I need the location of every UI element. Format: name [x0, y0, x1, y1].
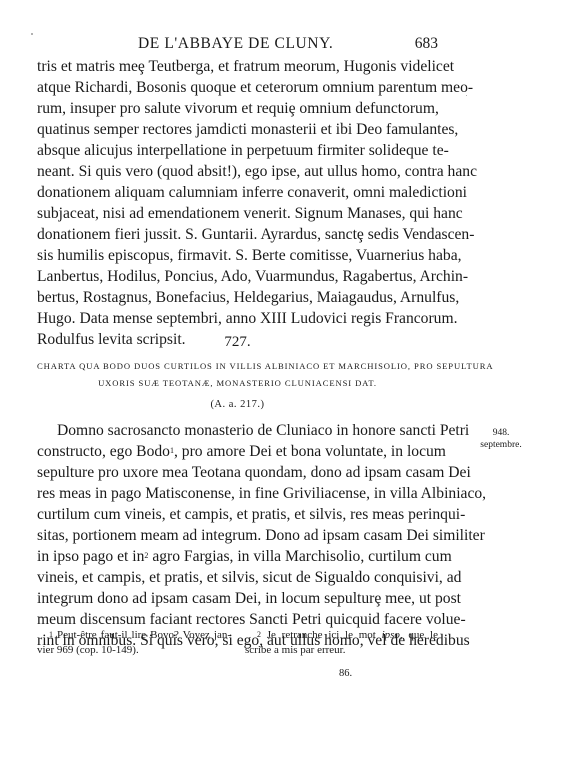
text-line: in ipso pago et in2 agro Fargias, in vil… — [37, 546, 438, 567]
text-line: meum discensum faciant rectores Sancti P… — [37, 609, 438, 630]
text-line: quatinus semper rectores jamdicti monast… — [37, 119, 438, 140]
text-line: Domno sacrosancto monasterio de Cluniaco… — [37, 420, 438, 441]
text-line: rum, insuper pro salute vivorum et requi… — [37, 98, 438, 119]
text-line: donationem fieri jussit. S. Guntarii. Ay… — [37, 224, 438, 245]
footnote-line: vier 969 (cop. 10-149). — [37, 643, 231, 658]
margin-date: 948. septembre. — [466, 427, 536, 451]
text-segment: constructo, ego Bodo — [37, 443, 170, 460]
scan-speck — [31, 33, 33, 35]
running-title: DE L'ABBAYE DE CLUNY. — [138, 35, 333, 53]
signature-mark: 86. — [339, 668, 352, 679]
text-line: sepulture pro uxore mea Teotana quondam,… — [37, 462, 438, 483]
text-line: tris et matris meȩ Teutberga, et fratrum… — [37, 56, 438, 77]
text-line: sis humilis episcopus, firmavit. S. Bert… — [37, 245, 438, 266]
footnote-line: 2 Je retranche ici le mot ipso, que le — [245, 628, 438, 643]
text-line: atque Richardi, Bosonis quoque et cetero… — [37, 77, 438, 98]
text-segment: , pro amore Dei et bona voluntate, in lo… — [174, 443, 446, 460]
text-line: sitas, portionem meam ad integrum. Dono … — [37, 525, 438, 546]
charter-number: 727. — [0, 334, 475, 351]
footnote-text: Je retranche ici le mot — [267, 629, 382, 641]
rubric-line: UXORIS SUÆ TEOTANÆ, MONASTERIO CLUNIACEN… — [37, 378, 438, 388]
charter-body: Domno sacrosancto monasterio de Cluniaco… — [37, 420, 438, 651]
footnote-italic: ipso — [382, 629, 400, 641]
charter-rubric: CHARTA QUA BODO DUOS CURTILOS IN VILLIS … — [37, 361, 438, 395]
footnote-marker: 2 — [257, 630, 261, 639]
text-line: constructo, ego Bodo1, pro amore Dei et … — [37, 441, 438, 462]
margin-year: 948. — [466, 427, 536, 439]
running-header: DE L'ABBAYE DE CLUNY. 683 — [37, 35, 438, 55]
text-line: Hugo. Data mense septembri, anno XIII Lu… — [37, 308, 438, 329]
rubric-line: CHARTA QUA BODO DUOS CURTILOS IN VILLIS … — [37, 361, 438, 371]
text-line: neant. Si quis vero (quod absit!), ego i… — [37, 161, 438, 182]
footnote-1: 1 Peut-être faut-il lire Bovo? Voyez jan… — [37, 628, 231, 658]
footnote-text: , que le — [400, 629, 438, 641]
source-reference: (A. a. 217.) — [0, 399, 475, 410]
footnote-marker: 1 — [49, 630, 53, 639]
footnote-text: Peut-être faut-il lire Bovo? Voyez jan- — [57, 629, 231, 641]
footnote-line: scribe a mis par erreur. — [245, 643, 438, 658]
footnote-line: 1 Peut-être faut-il lire Bovo? Voyez jan… — [37, 628, 231, 643]
continuation-paragraph: tris et matris meȩ Teutberga, et fratrum… — [37, 56, 438, 350]
text-line: subjaceat, nisi ad emendationem venerit.… — [37, 203, 438, 224]
text-line: res meas in pago Matisconense, in fine G… — [37, 483, 438, 504]
footnote-ref[interactable]: 2 — [144, 551, 148, 560]
text-line: curtilum cum vineis, et campis, et prati… — [37, 504, 438, 525]
text-line: Lanbertus, Hodilus, Poncius, Ado, Vuarmu… — [37, 266, 438, 287]
text-line: integrum dono ad ipsam casam Dei, in loc… — [37, 588, 438, 609]
text-line: donationem aliquam calumniam inferre con… — [37, 182, 438, 203]
text-line: vineis, et campis, et pratis, et silvis,… — [37, 567, 438, 588]
text-segment: in ipso pago et in — [37, 548, 144, 565]
footnote-2: 2 Je retranche ici le mot ipso, que le s… — [245, 628, 438, 658]
text-line: absque alicujus interpellatione in perpe… — [37, 140, 438, 161]
footnote-ref[interactable]: 1 — [170, 446, 174, 455]
page-number: 683 — [415, 35, 438, 53]
text-line: bertus, Rostagnus, Bonefacius, Heldegari… — [37, 287, 438, 308]
text-segment: agro Fargias, in villa Marchisolio, curt… — [148, 548, 451, 565]
margin-month: septembre. — [466, 439, 536, 451]
